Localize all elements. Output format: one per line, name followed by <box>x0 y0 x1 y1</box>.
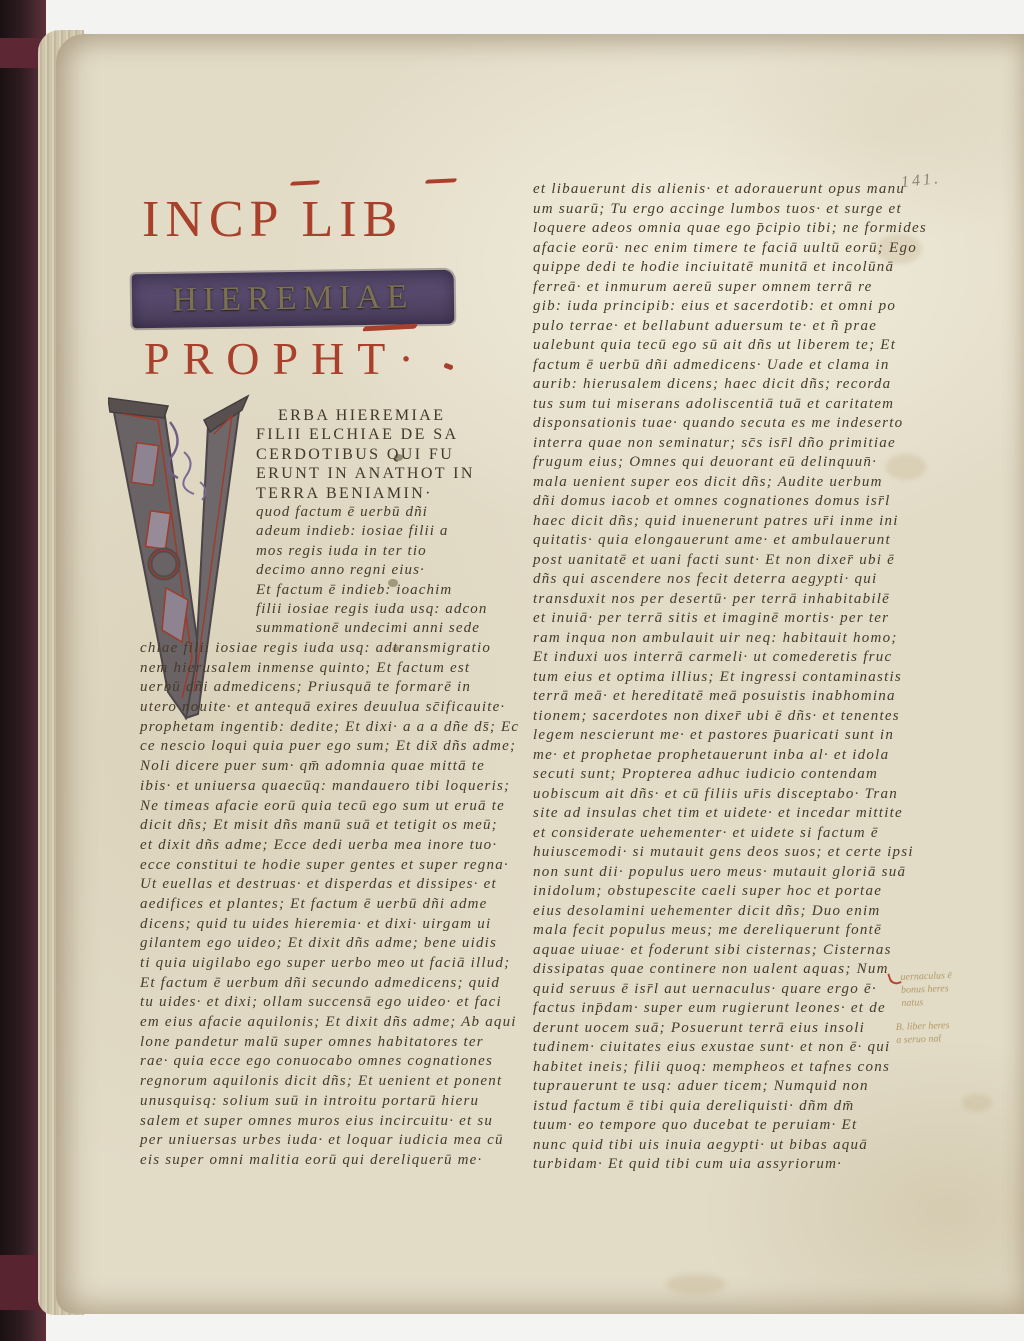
text-line: habitet ineis; filii quoq: mempheos et t… <box>533 1058 927 1078</box>
title-band: HIEREMIAE <box>132 270 455 328</box>
text-line: em eius afacie aquilonis; Et dixit dñs a… <box>140 1013 519 1033</box>
text-line: interra quae non seminatur; sc̄s isr̄l d… <box>533 434 927 454</box>
text-line: pulo terrae· et bellabunt aduersum te· e… <box>533 317 927 337</box>
text-line: uobiscum ait dñs· et cū filiis ur̄is dis… <box>533 785 927 805</box>
text-line: haec dicit dñs; quid inuenerunt patres u… <box>533 512 927 532</box>
text-line: salem et super omnes muros eius incircui… <box>140 1112 519 1132</box>
text-line: bonus heres <box>901 982 953 997</box>
text-line: dñi domus iacob et omnes cognationes dom… <box>533 492 927 512</box>
text-line: uerbū dñi admedicens; Priusquā te formar… <box>140 678 519 698</box>
text-line: post uanitatē et uani facti sunt· Et non… <box>533 551 927 571</box>
text-line: aurib: hierusalem dicens; haec dicit dñs… <box>533 375 927 395</box>
text-line: a seruo nat̄ <box>896 1032 950 1047</box>
text-line: prophetam ingentib: dedite; Et dixi· a a… <box>140 718 519 738</box>
text-line: inidolum; obstupescite caeli super hoc e… <box>533 882 927 902</box>
stain <box>666 1274 726 1294</box>
text-line: ecce constitui te hodie super gentes et … <box>140 856 519 876</box>
abbreviation-macron <box>425 178 458 184</box>
left-column-versal-capitals: ERBA HIEREMIAEFILII ELCHIAE DE SACERDOTI… <box>256 406 475 503</box>
text-line: aquae uiuae· et foderunt sibi cisternas;… <box>533 941 927 961</box>
text-line: regnorum aquilonis dicit dñs; Et uenient… <box>140 1072 519 1092</box>
text-line: aedifices et plantes; Et factum ē uerbū … <box>140 895 519 915</box>
text-line: afacie eorū· nec enim timere te faciā uu… <box>533 239 927 259</box>
stain <box>962 1094 992 1112</box>
text-line: et inuiā· per terrā sitis et imaginē mor… <box>533 609 927 629</box>
text-line: et libauerunt dis alienis· et adorauerun… <box>533 180 927 200</box>
text-line: disponsationis tuae· quando secuta es me… <box>533 414 927 434</box>
text-line: factus inp̄dam· super eum rugierunt leon… <box>533 999 927 1019</box>
manuscript-photo: { "page": { "folio_number": "141.", "rub… <box>0 0 1024 1341</box>
text-line: et considerate uehementer· et uidete si … <box>533 824 927 844</box>
text-line: Et induxi uos interrā carmeli· ut comede… <box>533 648 927 668</box>
text-line: adeum indieb: iosiae filii a <box>256 522 487 541</box>
text-line: quippe dedi te hodie inciuitatē munitā e… <box>533 258 927 278</box>
text-line: CERDOTIBUS QUI FU <box>256 445 475 464</box>
text-line: nem hierusalem inmense quinto; Et factum… <box>140 659 519 679</box>
text-line: dicens; quid tu uides hieremia· et dixi·… <box>140 915 519 935</box>
text-line: ERBA HIEREMIAE <box>256 406 475 425</box>
text-line: Et factum ē indieb: ioachim <box>256 581 487 600</box>
text-line: mala fecit populus meus; me dereliquerun… <box>533 921 927 941</box>
abbreviation-macron <box>290 180 321 185</box>
text-line: um suarū; Tu ergo accinge lumbos tuos· e… <box>533 200 927 220</box>
text-line: frugum eius; Omnes qui deuorant eū delin… <box>533 453 927 473</box>
text-line: tionem; sacerdotes non dixer̄ ubi ē dñs·… <box>533 707 927 727</box>
text-line: TERRA BENIAMIN· <box>256 484 475 503</box>
text-line: tum eius et optima illius; Et ingressi c… <box>533 668 927 688</box>
text-line: et dixit dñs adme; Ecce dedi uerba mea i… <box>140 836 519 856</box>
margin-gloss-2: B. liber heresa seruo nat̄ <box>896 1019 951 1047</box>
photo-backdrop-top <box>0 0 1024 38</box>
text-line: legem nescierunt me· et pastores p̄uaric… <box>533 726 927 746</box>
text-line: unusquisq: solium suū in introitu portar… <box>140 1092 519 1112</box>
text-line: quod factum ē uerbū dñi <box>256 503 487 522</box>
text-line: gib: iuda principib: eius et sacerdotib:… <box>533 297 927 317</box>
text-line: gilantem ego uideo; Et dixit dñs adme; b… <box>140 934 519 954</box>
text-line: per uniuersas urbes iuda· et loquar iudi… <box>140 1131 519 1151</box>
text-line: loquere adeos omnia quae ego p̄cipio tib… <box>533 219 927 239</box>
text-line: tus sum tui miserans adoliscentiā tuā et… <box>533 395 927 415</box>
text-line: decimo anno regni eius· <box>256 561 487 580</box>
text-line: nunc quid tibi uis inuia aegypti· ut bib… <box>533 1136 927 1156</box>
text-line: ti quia uigilabo ego super uerbo meo ut … <box>140 954 519 974</box>
text-line: FILII ELCHIAE DE SA <box>256 425 475 444</box>
parchment-page: 141. INCP LIB HIEREMIAE PROPHT· V <box>56 34 1024 1314</box>
text-line: eis super omni malitia eorū qui dereliqu… <box>140 1151 519 1171</box>
text-line: ferreā· et inmurum aereū super omnem ter… <box>533 278 927 298</box>
text-line: ce nescio loqui quia puer ego sum; Et di… <box>140 737 519 757</box>
text-line: eius desolamini uehementer dicit dñs; Du… <box>533 902 927 922</box>
rubric-incipit-line: INCP LIB <box>142 190 472 249</box>
text-line: ibis· et uniuersa quaecūq: mandauero tib… <box>140 777 519 797</box>
text-line: site ad insulas chet tim et uidete· et i… <box>533 804 927 824</box>
text-line: turbidam· Et quid tibi cum uia assyrioru… <box>533 1155 927 1175</box>
text-line: tudinem· ciuitates eius exustae sunt· et… <box>533 1038 927 1058</box>
text-line: quitatis· quia elongauerunt ame· et ambu… <box>533 531 927 551</box>
text-line: terrā meā· et hereditatē meā posuistis i… <box>533 687 927 707</box>
text-line: tuprauerunt te usq: aduer ticem; Numquid… <box>533 1077 927 1097</box>
text-line: chiae filii iosiae regis iuda usq: adtra… <box>140 639 519 659</box>
title-band-text: HIEREMIAE <box>172 278 413 319</box>
left-column-indented-lines: quod factum ē uerbū dñiadeum indieb: ios… <box>256 503 487 639</box>
text-line: me· et prophetae prophetauerunt inba al·… <box>533 746 927 766</box>
text-line: rae· quia ecce ego conuocabo omnes cogna… <box>140 1052 519 1072</box>
text-line: lone pandetur malū super omnes habitator… <box>140 1033 519 1053</box>
margin-gloss-1: uernaculus ēbonus heresnatus <box>900 969 953 1010</box>
text-line: Ne timeas afacie eorū quia tecū ego sum … <box>140 797 519 817</box>
text-line: B. liber heres <box>896 1019 950 1034</box>
text-line: huiuscemodi· si mutauit gens deos suos; … <box>533 843 927 863</box>
text-line: dicit dñs; Et misit dñs manū suā et teti… <box>140 816 519 836</box>
text-line: Ut euellas et destruas· et disperdas et … <box>140 875 519 895</box>
text-line: Noli dicere puer sum· qm̄ adomnia quae m… <box>140 757 519 777</box>
text-line: ERUNT IN ANATHOT IN <box>256 464 475 483</box>
text-line: mala uenient super eos dicit dñs; Audite… <box>533 473 927 493</box>
text-line: tu uides· et dixi; ollam succensā ego ui… <box>140 993 519 1013</box>
text-line: filii iosiae regis iuda usq: adcon <box>256 600 487 619</box>
text-line: derunt uocem suā; Posuerunt terrā eius i… <box>533 1019 927 1039</box>
text-line: transduxit nos per desertū· per terrā in… <box>533 590 927 610</box>
text-line: tuum· eo tempore quo ducebat te peruiam·… <box>533 1116 927 1136</box>
text-line: dñs qui ascendere nos fecit deterra aegy… <box>533 570 927 590</box>
text-line: utero nouite· et antequā exires deuulua … <box>140 698 519 718</box>
text-line: natus <box>901 995 953 1010</box>
rubric-prophet-line: PROPHT· <box>144 332 474 385</box>
text-line: summationē undecimi anni sede <box>256 619 487 638</box>
text-line: ram inqua non ambulauit uir neq: habitau… <box>533 629 927 649</box>
text-line: non sunt dii· populus uero meus· mutauit… <box>533 863 927 883</box>
text-line: factum ē uerbū dñi admedicens· Uade et c… <box>533 356 927 376</box>
text-line: dissipatas quae continere non ualent aqu… <box>533 960 927 980</box>
text-line: Et factum ē uerbum dñi secundo admedicen… <box>140 974 519 994</box>
text-line: ualebunt quia tecū ego sū ait dñs ut lib… <box>533 336 927 356</box>
right-column-body-text: et libauerunt dis alienis· et adorauerun… <box>533 180 927 1175</box>
text-line: mos regis iuda in ter tio <box>256 542 487 561</box>
text-line: quid seruus ē isr̄l aut uernaculus· quar… <box>533 980 927 1000</box>
left-column-body-text: chiae filii iosiae regis iuda usq: adtra… <box>140 639 519 1171</box>
text-line: secuti sunt; Propterea adhuc iudicio con… <box>533 765 927 785</box>
text-line: istud factum ē tibi quia dereliquisti· d… <box>533 1097 927 1117</box>
